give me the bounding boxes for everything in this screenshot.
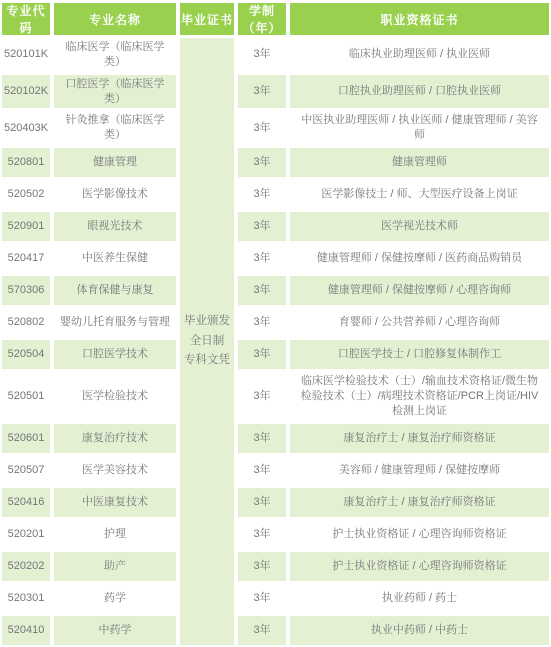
cell-major-code: 520417 (2, 244, 50, 273)
cell-major-name: 医学检验技术 (54, 372, 176, 421)
cell-certificates: 美容师 / 健康管理师 / 保健按摩师 (290, 456, 549, 485)
header-diploma: 毕业证书 (180, 3, 234, 35)
cell-major-code: 520102K (2, 75, 50, 109)
cell-major-code: 520202 (2, 552, 50, 581)
programs-table-page: 专业代码 专业名称 毕业证书 学制（年） 职业资格证书 毕业颁发 全日制 专科文… (0, 0, 551, 647)
cell-duration: 3年 (238, 424, 286, 453)
cell-major-name: 口腔医学技术 (54, 340, 176, 369)
cell-major-name: 健康管理 (54, 148, 176, 177)
cell-major-name: 中医康复技术 (54, 488, 176, 517)
cell-major-code: 520301 (2, 584, 50, 613)
cell-major-code: 520504 (2, 340, 50, 369)
cell-duration: 3年 (238, 75, 286, 109)
cell-major-name: 医学影像技术 (54, 180, 176, 209)
cell-major-name: 药学 (54, 584, 176, 613)
cell-certificates: 中医执业助理医师 / 执业医师 / 健康管理师 / 美容师 (290, 111, 549, 145)
header-certificates: 职业资格证书 (290, 3, 549, 35)
cell-certificates: 口腔执业助理医师 / 口腔执业医师 (290, 75, 549, 109)
cell-major-code: 520501 (2, 372, 50, 421)
cell-major-name: 口腔医学（临床医学类） (54, 75, 176, 109)
cell-major-name: 助产 (54, 552, 176, 581)
cell-certificates: 健康管理师 (290, 148, 549, 177)
diploma-merged-cell: 毕业颁发 全日制 专科文凭 (180, 38, 234, 645)
cell-certificates: 护士执业资格证 / 心理咨询师资格证 (290, 552, 549, 581)
cell-duration: 3年 (238, 340, 286, 369)
cell-certificates: 临床执业助理医师 / 执业医师 (290, 38, 549, 72)
cell-certificates: 康复治疗士 / 康复治疗师资格证 (290, 488, 549, 517)
cell-major-code: 520201 (2, 520, 50, 549)
cell-certificates: 康复治疗士 / 康复治疗师资格证 (290, 424, 549, 453)
cell-major-name: 眼视光技术 (54, 212, 176, 241)
cell-duration: 3年 (238, 276, 286, 305)
cell-major-code: 570306 (2, 276, 50, 305)
cell-duration: 3年 (238, 584, 286, 613)
cell-duration: 3年 (238, 38, 286, 72)
cell-major-name: 医学美容技术 (54, 456, 176, 485)
cell-duration: 3年 (238, 148, 286, 177)
cell-major-name: 康复治疗技术 (54, 424, 176, 453)
cell-certificates: 执业药师 / 药士 (290, 584, 549, 613)
cell-certificates: 健康管理师 / 保健按摩师 / 医药商品购销员 (290, 244, 549, 273)
cell-duration: 3年 (238, 456, 286, 485)
cell-certificates: 口腔医学技士 / 口腔修复体制作工 (290, 340, 549, 369)
cell-duration: 3年 (238, 488, 286, 517)
cell-major-code: 520901 (2, 212, 50, 241)
cell-duration: 3年 (238, 212, 286, 241)
cell-major-name: 中药学 (54, 616, 176, 645)
header-major-code: 专业代码 (2, 3, 50, 35)
cell-duration: 3年 (238, 372, 286, 421)
cell-major-code: 520403K (2, 111, 50, 145)
header-major-name: 专业名称 (54, 3, 176, 35)
cell-major-code: 520601 (2, 424, 50, 453)
cell-major-code: 520410 (2, 616, 50, 645)
cell-major-code: 520416 (2, 488, 50, 517)
cell-certificates: 医学影像技士 / 师、大型医疗设备上岗证 (290, 180, 549, 209)
diploma-line: 专科文凭 (184, 351, 230, 371)
programs-table: 专业代码 专业名称 毕业证书 学制（年） 职业资格证书 毕业颁发 全日制 专科文… (2, 3, 549, 645)
cell-certificates: 临床医学检验技术（士）/输血技术资格证/微生物检验技术（士）/病理技术资格证/P… (290, 372, 549, 421)
cell-major-name: 中医养生保健 (54, 244, 176, 273)
cell-duration: 3年 (238, 520, 286, 549)
cell-major-code: 520502 (2, 180, 50, 209)
cell-major-code: 520507 (2, 456, 50, 485)
cell-duration: 3年 (238, 180, 286, 209)
cell-major-code: 520801 (2, 148, 50, 177)
cell-major-name: 临床医学（临床医学类） (54, 38, 176, 72)
cell-duration: 3年 (238, 244, 286, 273)
cell-certificates: 医学视光技术师 (290, 212, 549, 241)
cell-major-code: 520101K (2, 38, 50, 72)
cell-certificates: 育婴师 / 公共营养师 / 心理咨询师 (290, 308, 549, 337)
cell-duration: 3年 (238, 111, 286, 145)
diploma-line: 毕业颁发 (184, 312, 230, 332)
cell-major-name: 婴幼儿托育服务与管理 (54, 308, 176, 337)
header-duration: 学制（年） (238, 3, 286, 35)
cell-major-name: 护理 (54, 520, 176, 549)
cell-duration: 3年 (238, 616, 286, 645)
cell-duration: 3年 (238, 308, 286, 337)
diploma-line: 全日制 (190, 332, 225, 352)
cell-certificates: 护士执业资格证 / 心理咨询师资格证 (290, 520, 549, 549)
cell-certificates: 健康管理师 / 保健按摩师 / 心理咨询师 (290, 276, 549, 305)
cell-major-code: 520802 (2, 308, 50, 337)
cell-major-name: 体育保健与康复 (54, 276, 176, 305)
cell-certificates: 执业中药师 / 中药士 (290, 616, 549, 645)
cell-major-name: 针灸推拿（临床医学类） (54, 111, 176, 145)
cell-duration: 3年 (238, 552, 286, 581)
